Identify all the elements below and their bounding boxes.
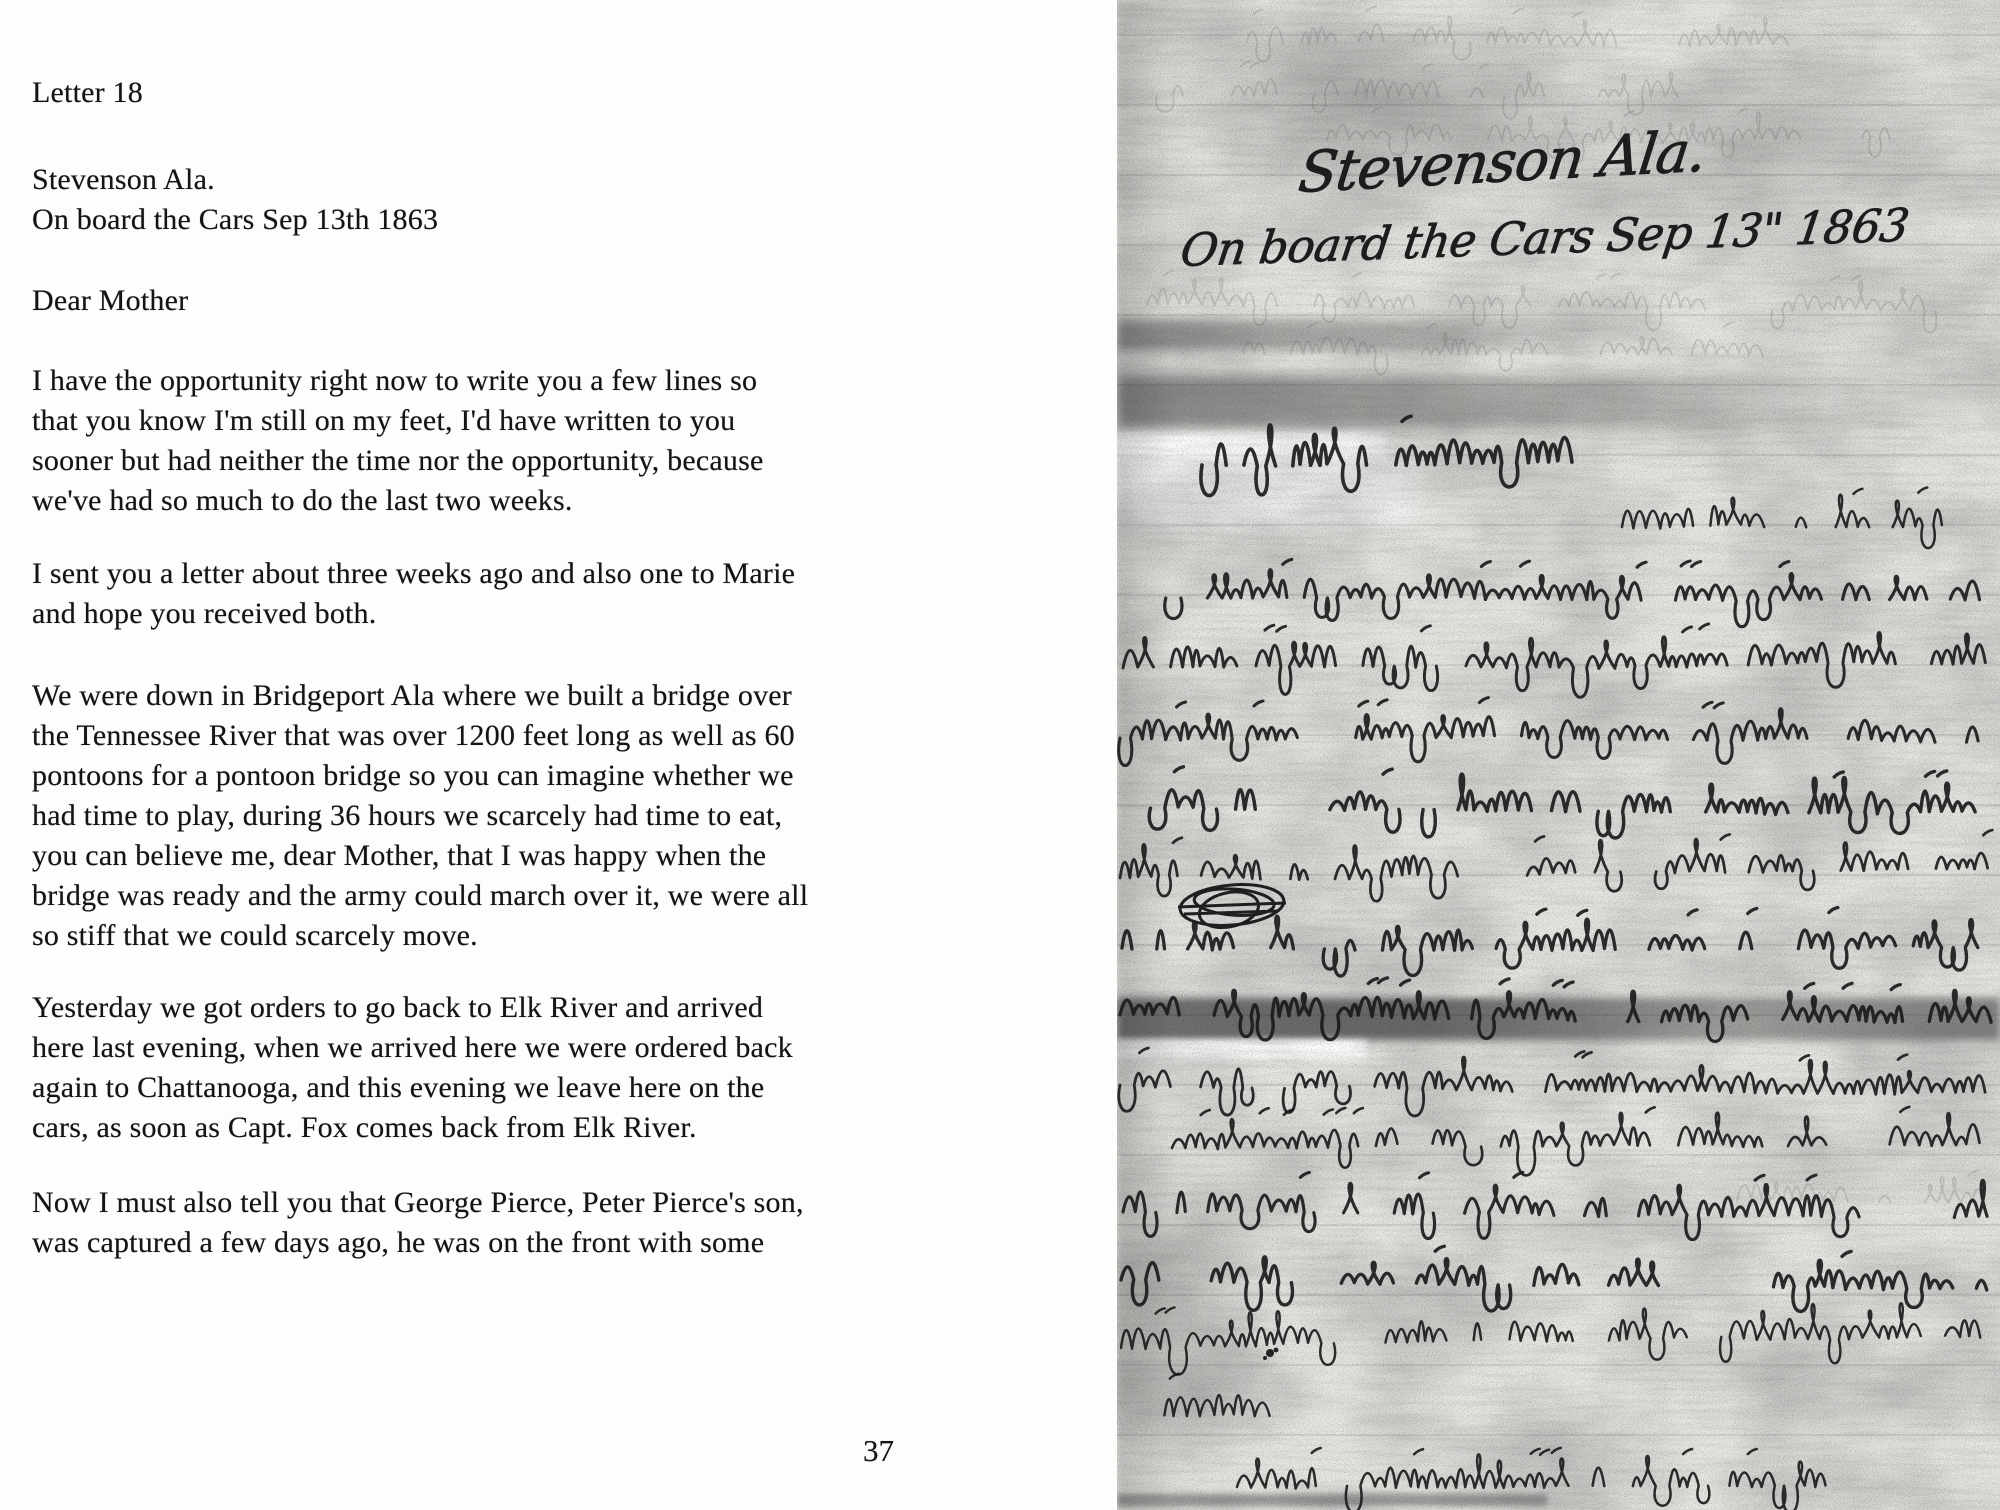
paragraph-5: Now I must also tell you that George Pie… — [32, 1183, 804, 1263]
typed-transcription-page: Letter 18 Stevenson Ala. On board the Ca… — [0, 0, 1117, 1510]
letter-number: Letter 18 — [32, 73, 143, 113]
paragraph-2: I sent you a letter about three weeks ag… — [32, 554, 795, 634]
address-block: Stevenson Ala. On board the Cars Sep 13t… — [32, 160, 438, 240]
salutation: Dear Mother — [32, 281, 188, 321]
paragraph-4: Yesterday we got orders to go back to El… — [32, 988, 793, 1148]
paragraph-1: I have the opportunity right now to writ… — [32, 361, 764, 521]
handwritten-letter-scan: Stevenson Ala. On board the Cars Sep 13"… — [1117, 0, 2000, 1510]
book-spread: Letter 18 Stevenson Ala. On board the Ca… — [0, 0, 2000, 1510]
handwriting-layer: Stevenson Ala. On board the Cars Sep 13"… — [1117, 0, 2000, 1510]
page-number: 37 — [863, 1433, 894, 1469]
paragraph-3: We were down in Bridgeport Ala where we … — [32, 676, 808, 956]
book-page-scan: { "left_page": { "letter_no": "Letter 18… — [0, 0, 2000, 1510]
